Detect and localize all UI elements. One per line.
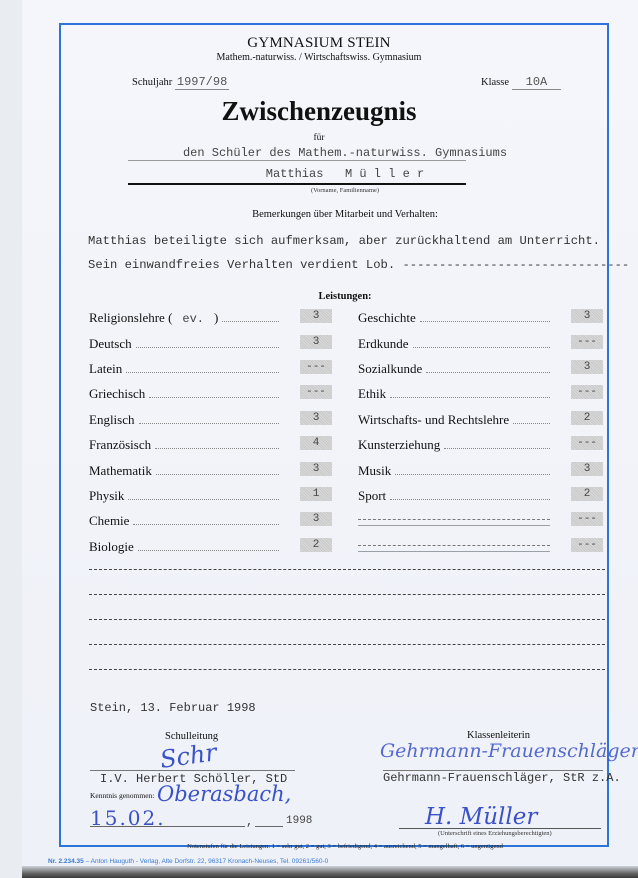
leader-dots xyxy=(128,499,279,500)
grade-box: 3 xyxy=(300,335,332,349)
guardian-caption: (Unterschrift eines Erziehungsberechtigt… xyxy=(438,830,552,837)
grade-scale-note: Notenstufen für die Leistungen: 1 = sehr… xyxy=(0,843,638,850)
leader-dots xyxy=(138,550,279,551)
blank-subject-line xyxy=(358,519,550,520)
name-caption: (Vorname, Familienname) xyxy=(0,187,638,194)
grade-box: --- xyxy=(571,512,603,526)
school-year-label: Schuljahr xyxy=(132,77,172,88)
grade-box: --- xyxy=(571,385,603,399)
grades-heading: Leistungen: xyxy=(0,291,638,302)
leader-dots xyxy=(395,474,550,475)
grade-row: Erdkunde xyxy=(358,334,556,352)
grade-box: 3 xyxy=(571,309,603,323)
grade-row: Griechisch xyxy=(89,384,285,402)
grade-box: --- xyxy=(571,538,603,552)
teacher-signature: Gehrmann-Frauenschläger xyxy=(380,740,638,762)
grade-box: 3 xyxy=(300,512,332,526)
class: Klasse 10A xyxy=(481,75,561,89)
subject-name: Englisch xyxy=(89,412,135,428)
blank-line-5 xyxy=(89,669,605,670)
leader-dots xyxy=(156,474,279,475)
leader-dots xyxy=(222,321,279,322)
subject-name: Physik xyxy=(89,488,124,504)
school-type: Mathem.-naturwiss. / Wirtschaftswiss. Gy… xyxy=(0,52,638,63)
grade-box: --- xyxy=(571,436,603,450)
grade-row: Chemie xyxy=(89,511,285,529)
acknowledged-place: Oberasbach, xyxy=(157,782,291,806)
teacher-name: Gehrmann-Frauenschläger, StR z.A. xyxy=(383,771,621,785)
subject-name: Geschichte xyxy=(358,310,416,326)
for-label: für xyxy=(0,133,638,143)
grade-box: 2 xyxy=(571,487,603,501)
grade-box: 3 xyxy=(300,462,332,476)
student-type-underline xyxy=(128,160,466,161)
grade-row xyxy=(358,537,556,555)
leader-dots xyxy=(155,448,279,449)
grade-box: 3 xyxy=(300,411,332,425)
student-name: Matthias M ü l l e r xyxy=(0,167,638,181)
grade-row: Französisch xyxy=(89,435,285,453)
subject-name: Französisch xyxy=(89,437,151,453)
grade-row: Religionslehre (ev.) xyxy=(89,308,285,326)
grade-row xyxy=(358,511,556,529)
remarks-heading: Bemerkungen über Mitarbeit und Verhalten… xyxy=(0,209,638,220)
grade-box: 2 xyxy=(300,538,332,552)
grade-row: Kunsterziehung xyxy=(358,435,556,453)
grade-row: Sozialkunde xyxy=(358,359,556,377)
grade-row: Mathematik xyxy=(89,461,285,479)
publisher-imprint: Nr. 2.234.35 – Anton Hauguth - Verlag, A… xyxy=(48,858,328,865)
grade-box: --- xyxy=(300,360,332,374)
blank-line-2 xyxy=(89,594,605,595)
grade-box: --- xyxy=(571,335,603,349)
grade-row: Biologie xyxy=(89,537,285,555)
subject-name: Deutsch xyxy=(89,336,132,352)
blank-line-1 xyxy=(89,569,605,570)
grade-row: Physik xyxy=(89,486,285,504)
grade-row: Englisch xyxy=(89,410,285,428)
school-name: GYMNASIUM STEIN xyxy=(0,35,638,52)
remarks-line-2: Sein einwandfreies Verhalten verdient Lo… xyxy=(88,258,629,272)
grade-box: 3 xyxy=(300,309,332,323)
remarks-line-1: Matthias beteiligte sich aufmerksam, abe… xyxy=(88,234,600,248)
imprint-text: – Anton Hauguth - Verlag, Alte Dorfstr. … xyxy=(84,858,329,865)
grade-box: 3 xyxy=(571,462,603,476)
blank-subject-line xyxy=(358,545,550,546)
blank-subject-underline xyxy=(358,525,550,526)
blank-line-3 xyxy=(89,619,605,620)
subject-suffix: ) xyxy=(214,310,218,326)
subject-name: Griechisch xyxy=(89,386,145,402)
subject-name: Sport xyxy=(358,488,386,504)
subject-name: Wirtschafts- und Rechtslehre xyxy=(358,412,509,428)
leader-dots xyxy=(420,321,550,322)
document-title: Zwischenzeugnis xyxy=(0,96,638,127)
grade-box: 3 xyxy=(571,360,603,374)
place-date: Stein, 13. Februar 1998 xyxy=(90,701,256,715)
leader-dots xyxy=(126,372,279,373)
subject-name: Ethik xyxy=(358,386,386,402)
student-type: den Schüler des Mathem.-naturwiss. Gymna… xyxy=(0,146,638,160)
school-year-value: 1997/98 xyxy=(175,75,229,90)
grade-row: Latein xyxy=(89,359,285,377)
blank-line-4 xyxy=(89,644,605,645)
acknowledged-year: 1998 xyxy=(286,815,312,827)
school-year: Schuljahr 1997/98 xyxy=(132,75,229,89)
subject-name: Biologie xyxy=(89,539,134,555)
grade-box: 2 xyxy=(571,411,603,425)
grade-box: 4 xyxy=(300,436,332,450)
subject-name: Sozialkunde xyxy=(358,361,422,377)
imprint-number: Nr. 2.234.35 xyxy=(48,858,84,865)
year-line xyxy=(255,826,283,827)
grade-row: Sport xyxy=(358,486,556,504)
leader-dots xyxy=(139,423,280,424)
grade-row: Musik xyxy=(358,461,556,479)
principal-signature-line xyxy=(90,770,295,771)
leader-dots xyxy=(426,372,550,373)
subject-name: Religionslehre ( xyxy=(89,310,172,326)
leader-dots xyxy=(149,397,279,398)
acknowledged-label: Kenntnis genommen: xyxy=(90,791,154,800)
leader-dots xyxy=(133,524,279,525)
subject-name: Musik xyxy=(358,463,391,479)
subject-name: Mathematik xyxy=(89,463,152,479)
guardian-signature-line xyxy=(399,828,601,829)
guardian-signature: H. Müller xyxy=(425,804,537,830)
grade-box: 1 xyxy=(300,487,332,501)
grade-row: Deutsch xyxy=(89,334,285,352)
class-label: Klasse xyxy=(481,77,509,88)
paper-edge-shadow xyxy=(22,866,638,878)
subject-name: Latein xyxy=(89,361,122,377)
blank-subject-underline xyxy=(358,551,550,552)
leader-dots xyxy=(413,347,550,348)
denomination-value: ev. xyxy=(172,312,214,326)
grade-row: Wirtschafts- und Rechtslehre xyxy=(358,410,556,428)
leader-dots xyxy=(390,499,550,500)
leader-dots xyxy=(136,347,279,348)
grade-row: Geschichte xyxy=(358,308,556,326)
date-comma: , xyxy=(246,815,253,829)
grade-box: --- xyxy=(300,385,332,399)
subject-name: Kunsterziehung xyxy=(358,437,440,453)
date-line xyxy=(90,826,245,827)
leader-dots xyxy=(513,423,550,424)
leader-dots xyxy=(444,448,550,449)
leader-dots xyxy=(390,397,550,398)
student-name-underline xyxy=(128,183,466,185)
subject-name: Erdkunde xyxy=(358,336,409,352)
subject-name: Chemie xyxy=(89,513,129,529)
grade-row: Ethik xyxy=(358,384,556,402)
class-value: 10A xyxy=(512,75,562,90)
